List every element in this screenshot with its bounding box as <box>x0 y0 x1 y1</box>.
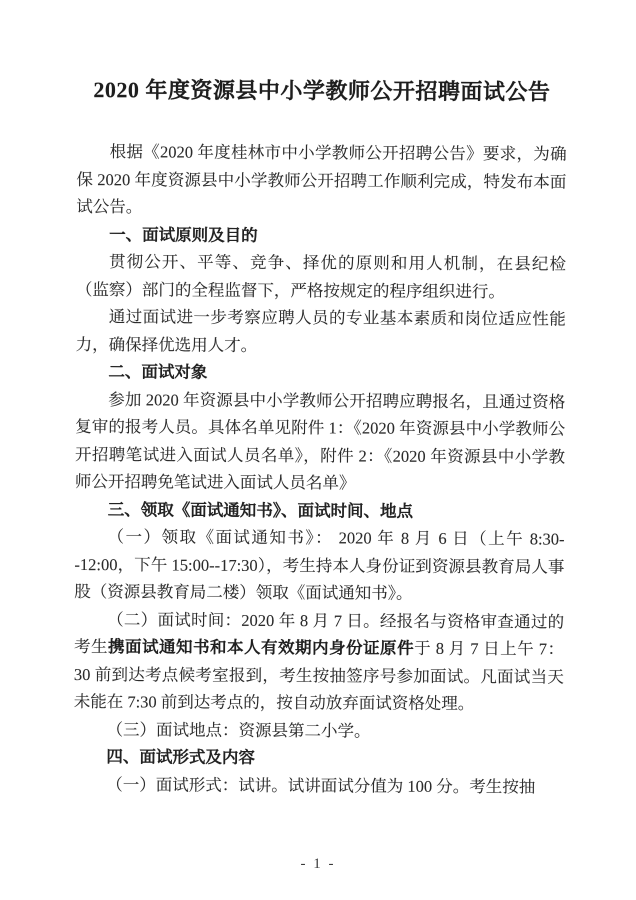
document-content: 2020 年度资源县中小学教师公开招聘面试公告 根据《2020 年度桂林市中小学… <box>73 76 567 801</box>
paragraph: （一）面试形式：试讲。试讲面试分值为 100 分。考生按抽 <box>73 770 563 800</box>
page-title: 2020 年度资源县中小学教师公开招聘面试公告 <box>77 76 567 107</box>
paragraph: （二）面试时间：2020 年 8 月 7 日。经报名与资格审查通过的考生携面试通… <box>74 605 565 718</box>
section-heading: 四、面试形式及内容 <box>73 743 563 773</box>
document-body: 根据《2020 年度桂林市中小学教师公开招聘公告》要求，为确保 2020 年度资… <box>73 138 566 801</box>
paragraph: （三）面试地点：资源县第二小学。 <box>74 715 564 745</box>
paragraph: 参加 2020 年资源县中小学教师公开招聘应聘报名，且通过资格复审的报考人员。具… <box>75 385 566 498</box>
page-number: - 1 - <box>0 856 636 873</box>
section-heading: 三、领取《面试通知书》、面试时间、地点 <box>75 495 565 525</box>
section-heading: 一、面试原则及目的 <box>76 220 566 250</box>
section-heading: 二、面试对象 <box>75 358 565 388</box>
document-page: 2020 年度资源县中小学教师公开招聘面试公告 根据《2020 年度桂林市中小学… <box>0 0 636 900</box>
paragraph: 通过面试进一步考察应聘人员的专业基本素质和岗位适应性能力，确保择优选用人才。 <box>76 303 566 361</box>
emphasized-text: 携面试通知书和本人有效期内身份证原件 <box>108 637 414 658</box>
paragraph: 根据《2020 年度桂林市中小学教师公开招聘公告》要求，为确保 2020 年度资… <box>76 138 566 223</box>
paragraph: 贯彻公开、平等、竞争、择优的原则和用人机制，在县纪检（监察）部门的全程监督下，严… <box>76 248 566 306</box>
paragraph: （一）领取《面试通知书》： 2020 年 8 月 6 日（上午 8:30--12… <box>74 523 564 608</box>
